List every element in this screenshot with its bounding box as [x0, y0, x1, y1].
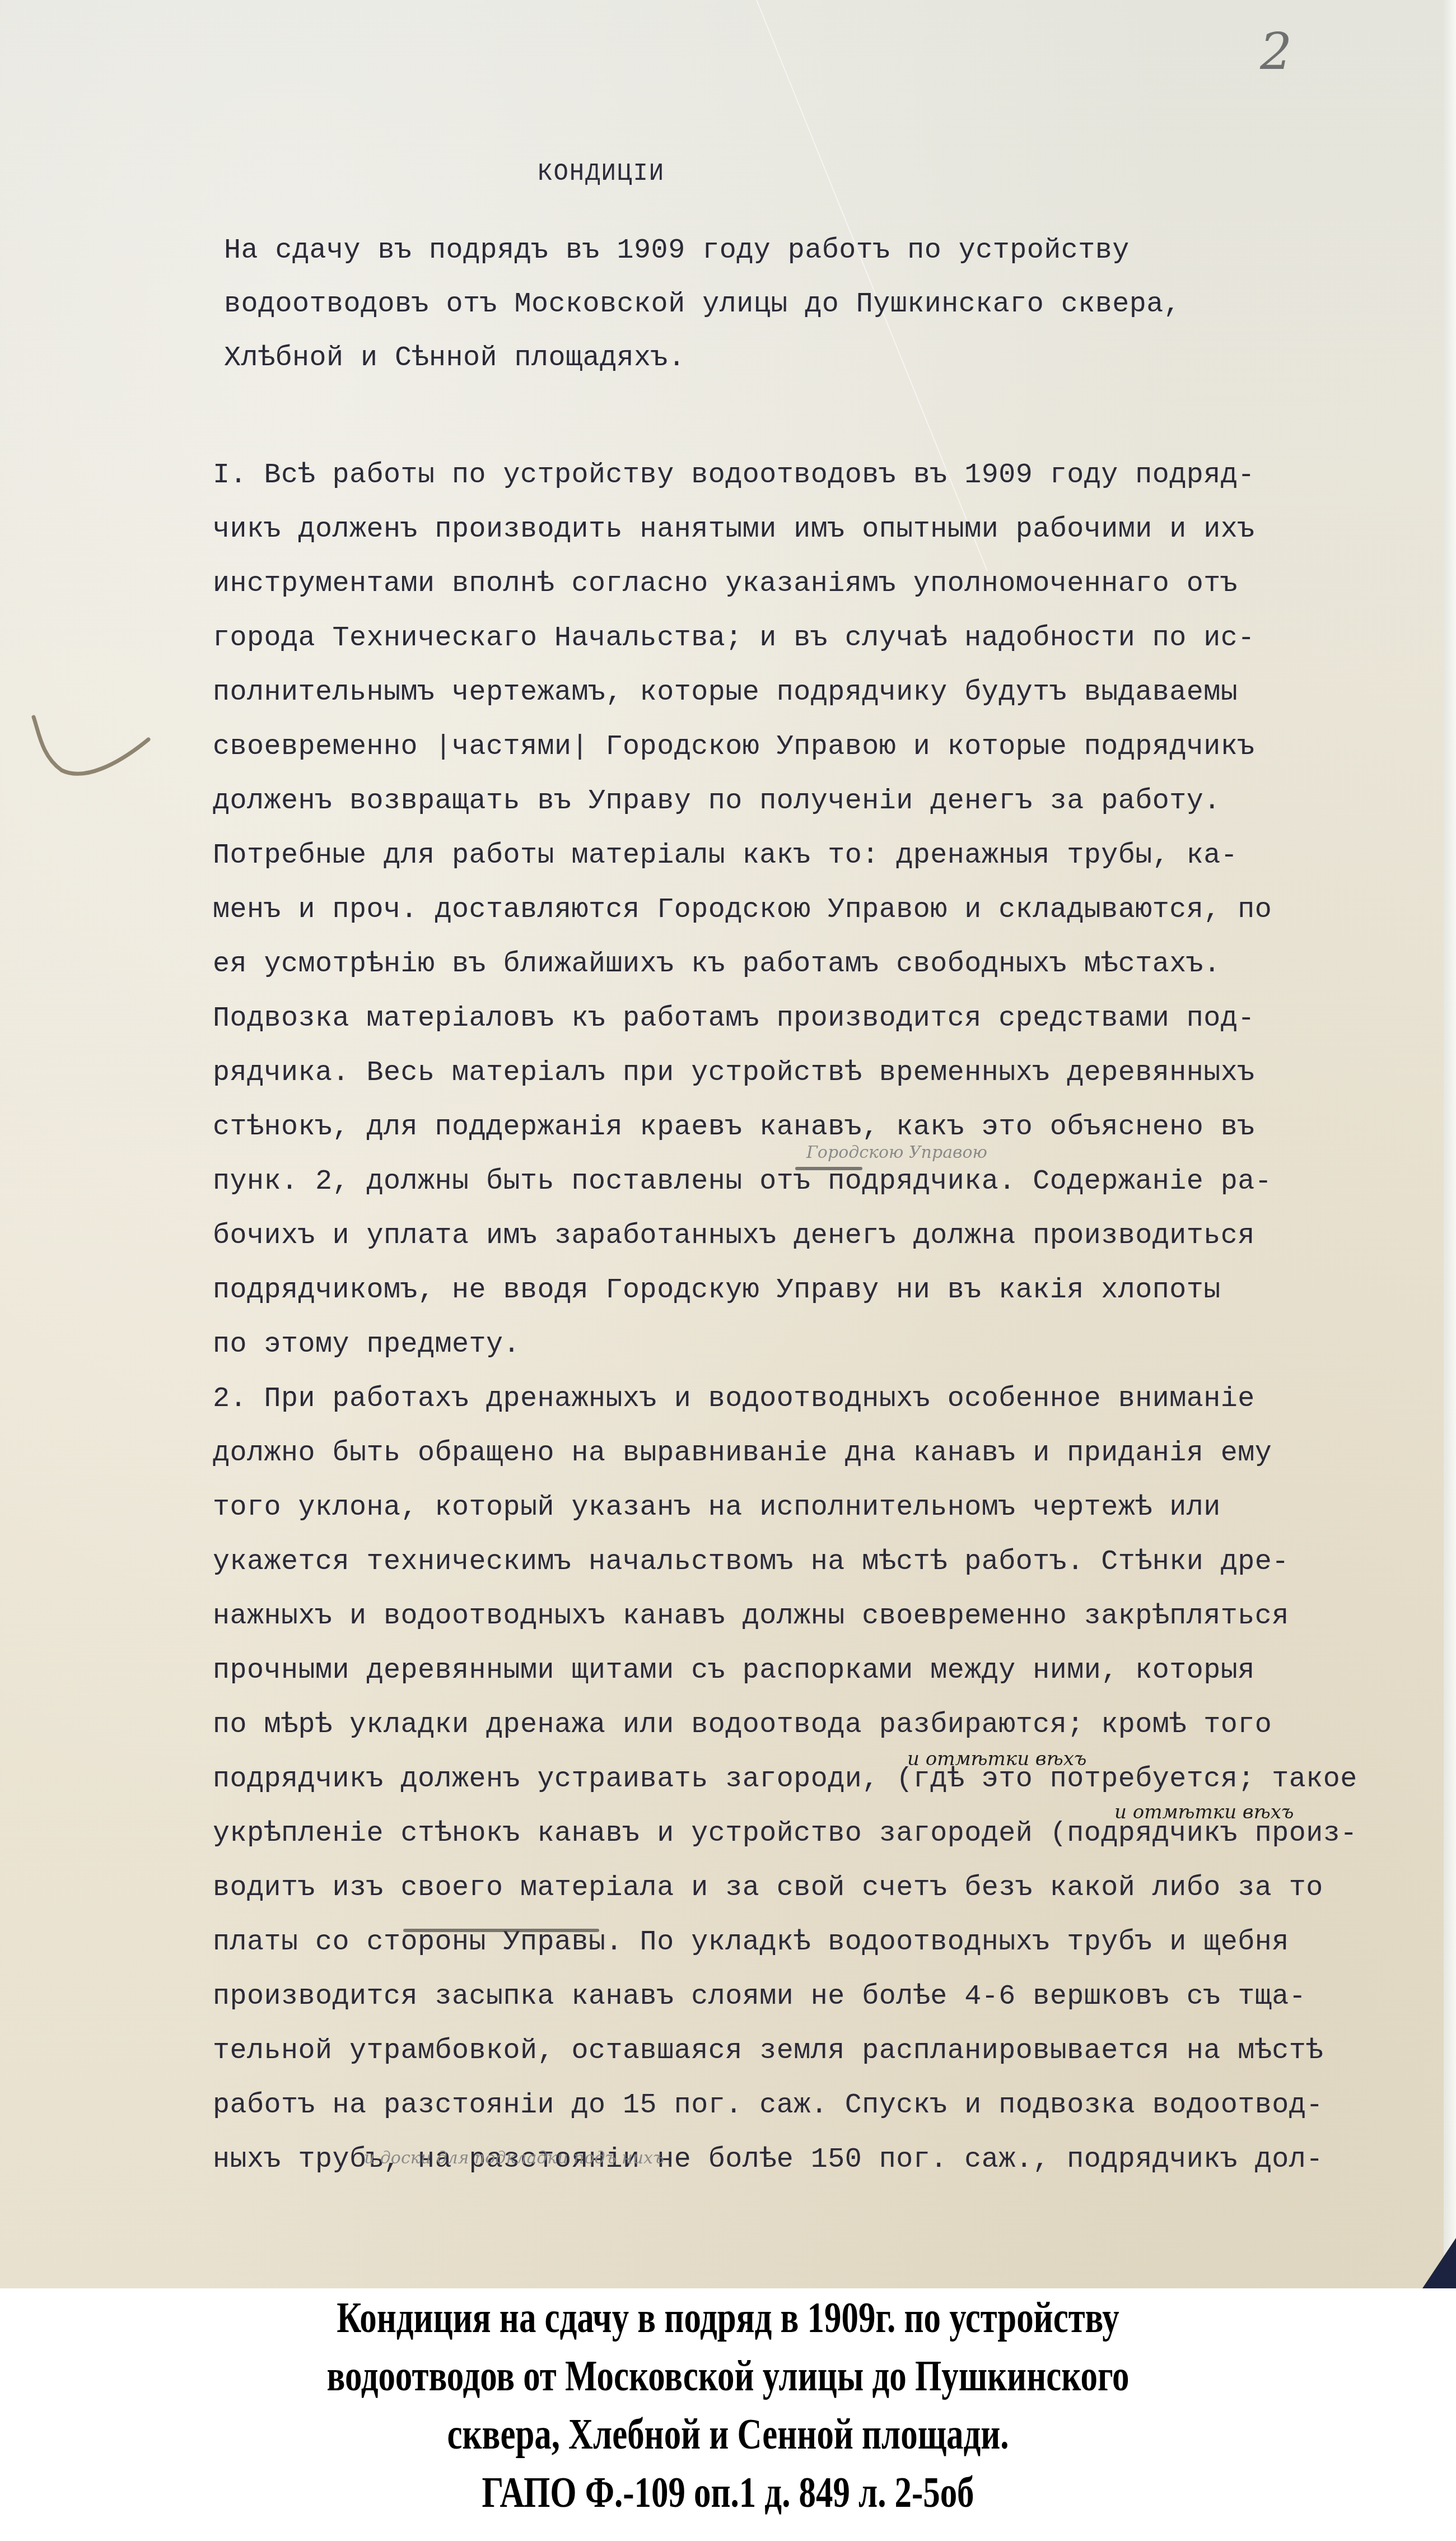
intro-line: водоотводовъ отъ Московской улицы до Пуш…: [224, 278, 1400, 332]
body-line: рядчика. Весь матерiалъ при устройствѣ в…: [213, 1046, 1445, 1100]
document-title: КОНДИЦІИ: [538, 160, 665, 188]
body-line: подрядчикомъ, не вводя Городскую Управу …: [213, 1263, 1445, 1318]
body-line: работъ на разстоянiи до 15 пог. саж. Спу…: [213, 2078, 1445, 2133]
handwritten-annotation: и отмѣтки вѣхъ: [1114, 1801, 1294, 1823]
body-line: производится засыпка канавъ слоями не бо…: [213, 1970, 1445, 2024]
body-line: пунк. 2, должны быть поставлены отъ подр…: [213, 1155, 1445, 1209]
body-line: города Техническаго Начальства; и въ слу…: [213, 611, 1445, 665]
body-line: по этому предмету.: [213, 1318, 1445, 1372]
body-line: подрядчикъ долженъ устраивать загороди, …: [213, 1752, 1445, 1807]
handwritten-annotation: Городскою Управою: [806, 1143, 987, 1162]
body-line: того уклона, который указанъ на исполнит…: [213, 1481, 1445, 1535]
body-line: укажется техническимъ начальствомъ на мѣ…: [213, 1535, 1445, 1589]
body-line: полнительнымъ чертежамъ, которые подрядч…: [213, 665, 1445, 720]
caption-line: ГАПО Ф.-109 оп.1 д. 849 л. 2-5об: [160, 2463, 1296, 2521]
body-line: чикъ долженъ производить нанятыми имъ оп…: [213, 502, 1445, 557]
scanned-document-page: 2 КОНДИЦІИ На сдачу въ подрядъ въ 1909 г…: [0, 0, 1456, 2288]
body-line: прочными деревянными щитами съ распоркам…: [213, 1644, 1445, 1698]
caption-line: Кондиция на сдачу в подряд в 1909г. по у…: [160, 2288, 1296, 2347]
body-line: Потребные для работы матерiалы какъ то: …: [213, 829, 1445, 883]
body-line: долженъ возвращать въ Управу по полученi…: [213, 774, 1445, 829]
body-line: должно быть обращено на выравниванiе дна…: [213, 1426, 1445, 1481]
body-line: менъ и проч. доставляются Городскою Упра…: [213, 883, 1445, 937]
body-line: 2. При работахъ дренажныхъ и водоотводны…: [213, 1372, 1445, 1426]
intro-line: На сдачу въ подрядъ въ 1909 году работъ …: [224, 224, 1400, 278]
document-body: I. Всѣ работы по устройству водоотводовъ…: [213, 448, 1445, 2187]
page-edge: [1444, 0, 1456, 2288]
body-line: ея усмотрѣнiю въ ближайшихъ къ работамъ …: [213, 937, 1445, 992]
strikethrough-mark: [403, 1929, 599, 1932]
body-line: I. Всѣ работы по устройству водоотводовъ…: [213, 448, 1445, 502]
handwritten-annotation: и доски для подкладки подъ нихъ: [364, 2148, 664, 2168]
caption-line: водоотводов от Московской улицы до Пушки…: [160, 2347, 1296, 2405]
body-line: своевременно |частями| Городскою Управою…: [213, 720, 1445, 774]
body-line: тельной утрамбовкой, оставшаяся земля ра…: [213, 2024, 1445, 2078]
body-line: по мѣрѣ укладки дренажа или водоотвода р…: [213, 1698, 1445, 1752]
binding-thread-icon: [22, 711, 157, 784]
body-line: инструментами вполнѣ согласно указанiямъ…: [213, 557, 1445, 611]
caption-line: сквера, Хлебной и Сенной площади.: [160, 2405, 1296, 2463]
body-line: платы со стороны Управы. По укладкѣ водо…: [213, 1915, 1445, 1970]
body-line: бочихъ и уплата имъ заработанныхъ денегъ…: [213, 1209, 1445, 1263]
body-line: нажныхъ и водоотводныхъ канавъ должны св…: [213, 1589, 1445, 1644]
folio-number: 2: [1260, 22, 1292, 81]
handwritten-annotation: и отмѣтки вѣхъ: [907, 1748, 1086, 1770]
archive-caption: Кондиция на сдачу в подряд в 1909г. по у…: [0, 2288, 1456, 2541]
strikethrough-mark: [795, 1167, 862, 1170]
intro-line: Хлѣбной и Сѣнной площадяхъ.: [224, 332, 1400, 385]
scanner-background-corner: [1422, 2238, 1456, 2288]
body-line: Подвозка матерiаловъ къ работамъ произво…: [213, 992, 1445, 1046]
document-intro: На сдачу въ подрядъ въ 1909 году работъ …: [224, 224, 1400, 385]
body-line: водитъ изъ своего матерiала и за свой сч…: [213, 1861, 1445, 1915]
